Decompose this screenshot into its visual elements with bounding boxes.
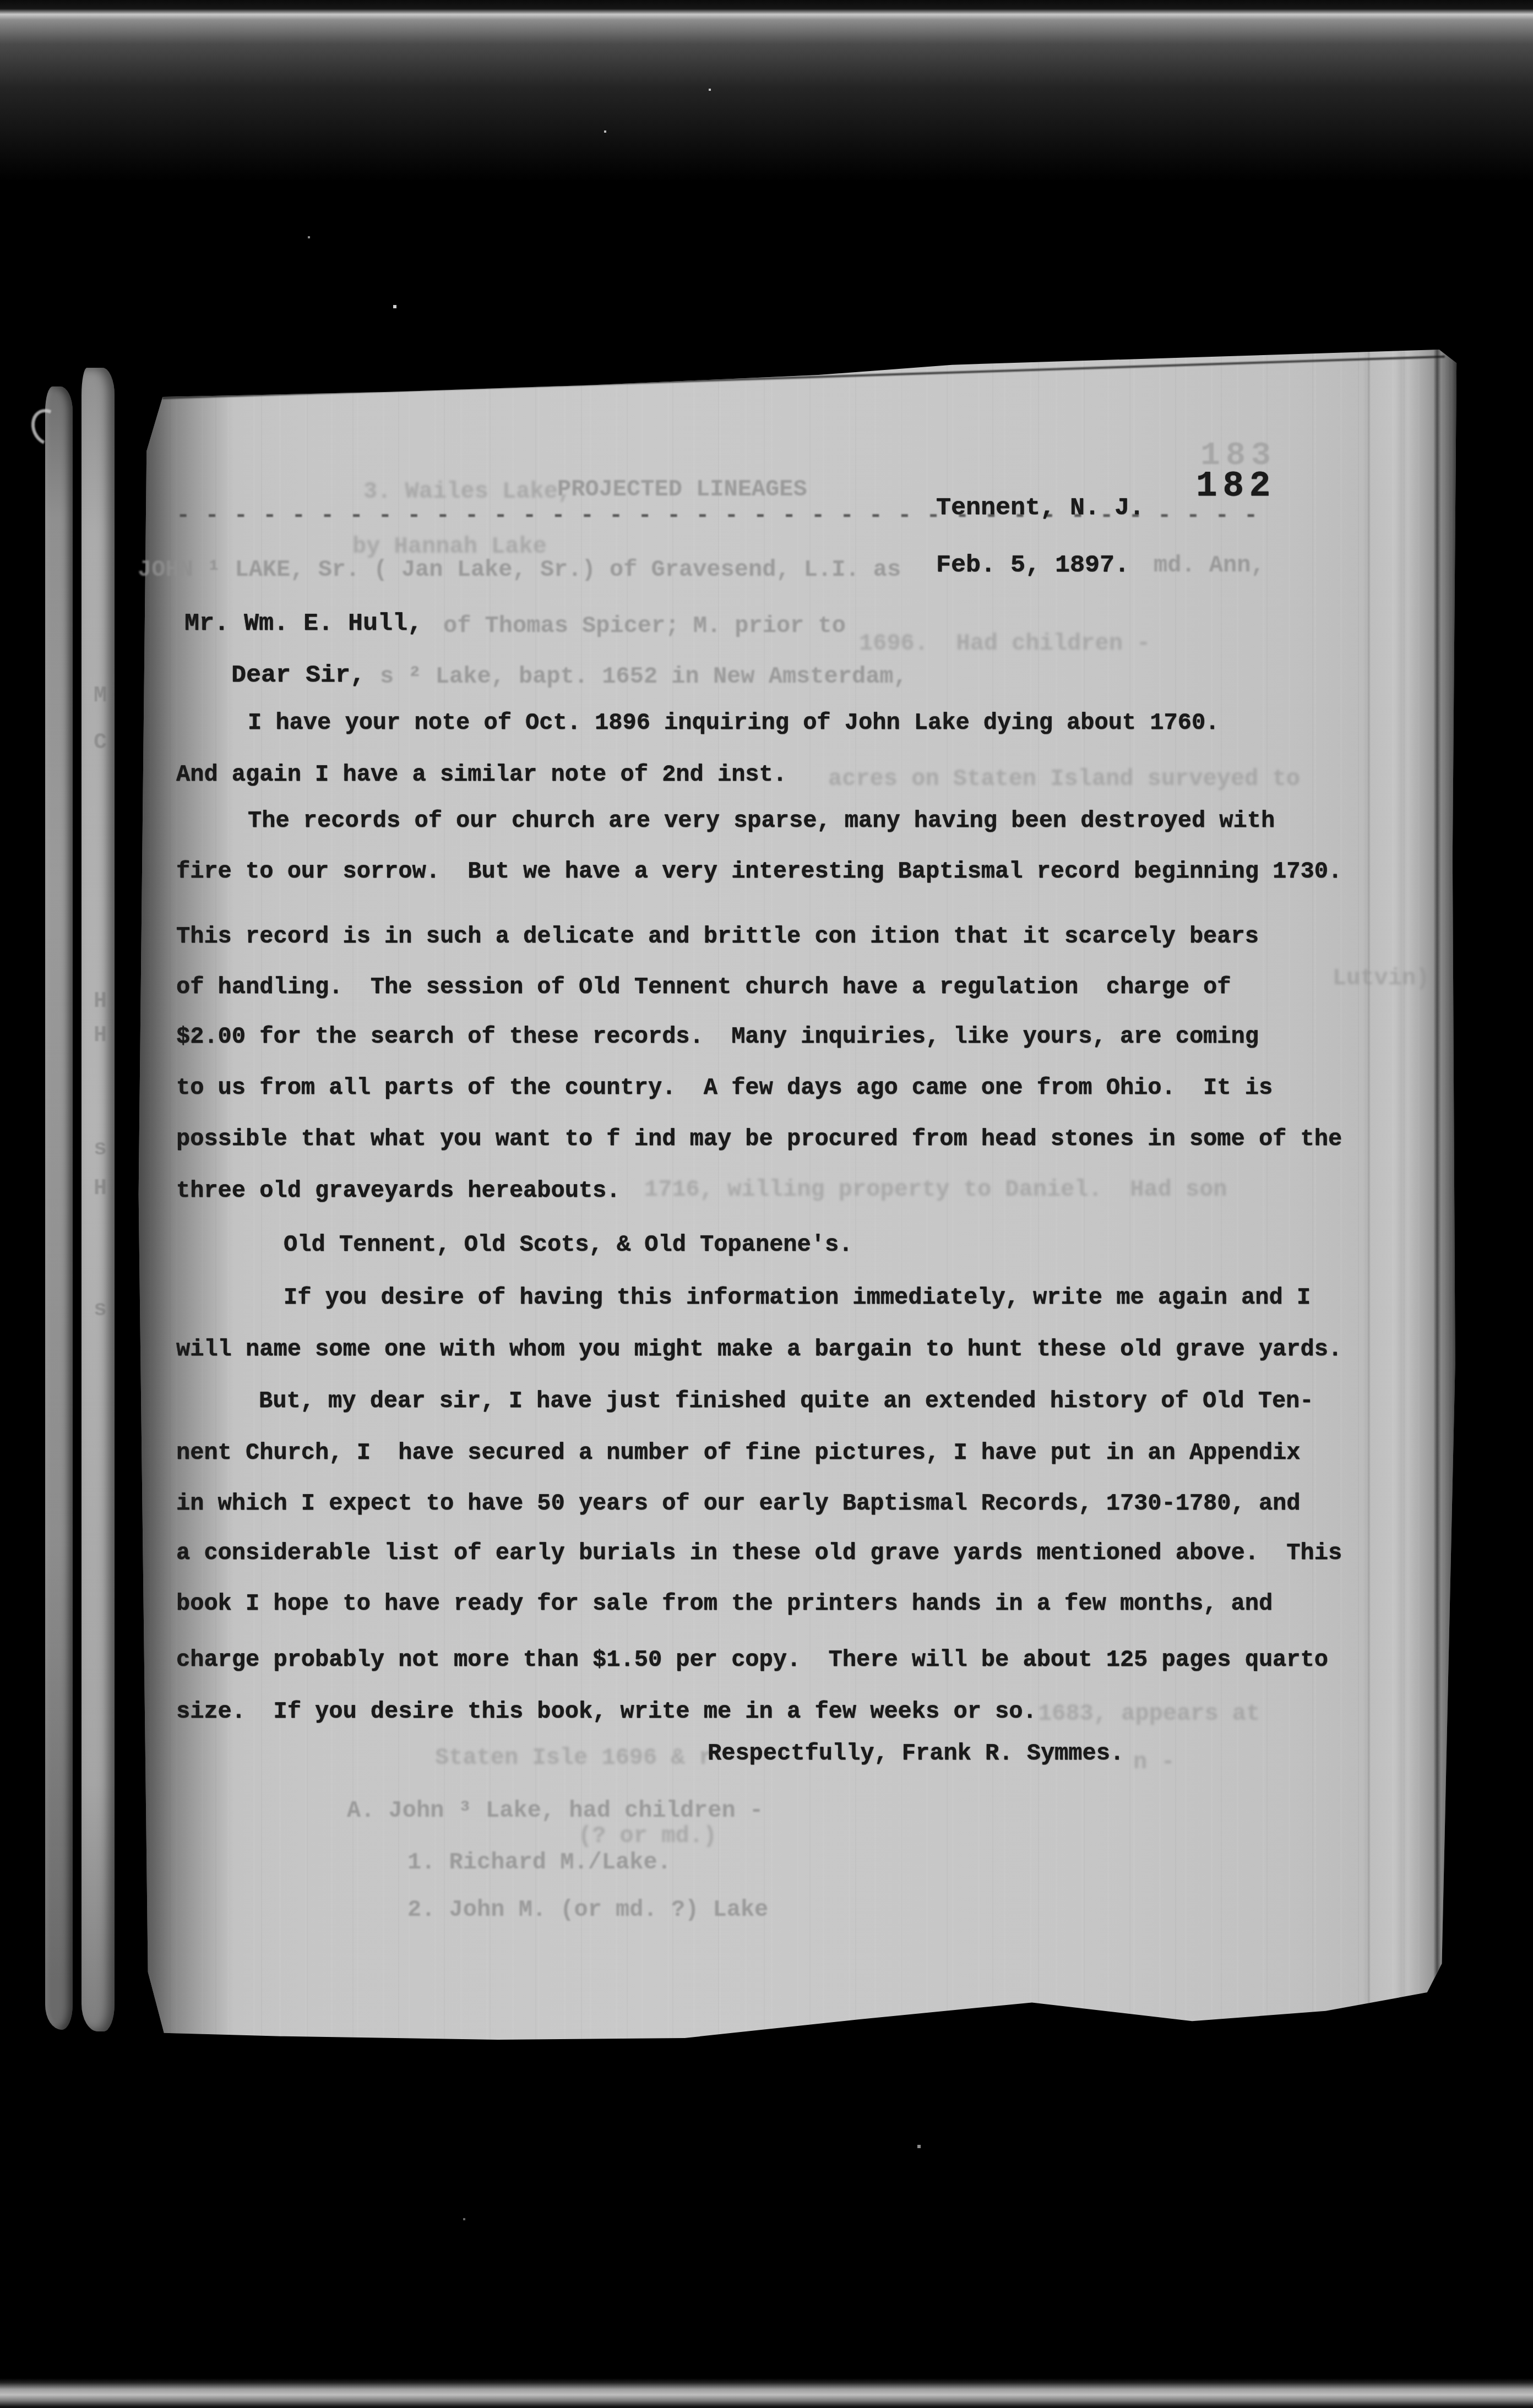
letter-date-line: Feb. 5, 1897. bbox=[936, 553, 1129, 578]
page-number: 182 bbox=[1196, 469, 1276, 504]
letter-line: But, my dear sir, I have just finished q… bbox=[259, 1390, 1314, 1413]
letter-line: in which I expect to have 50 years of ou… bbox=[176, 1492, 1301, 1515]
ghost-child-1: 1. Richard M./Lake. bbox=[407, 1851, 671, 1874]
ghost-lineage-left: JOHN ¹ LAKE, Sr. ( Jan Lake, Sr.) of Gra… bbox=[138, 558, 901, 581]
letter-line: $2.00 for the search of these records. M… bbox=[176, 1025, 1259, 1048]
letter-line: to us from all parts of the country. A f… bbox=[176, 1076, 1273, 1099]
letter-line: size. If you desire this book, write me … bbox=[176, 1700, 1037, 1723]
letter-line: The records of our church are very spars… bbox=[248, 809, 1275, 832]
ghost-lineage-right: md. Ann, bbox=[1154, 554, 1265, 577]
letter-recipient: Mr. Wm. E. Hull, bbox=[184, 611, 422, 636]
letter-line: nent Church, I have secured a number of … bbox=[176, 1441, 1301, 1464]
edge-letter-fragment: H bbox=[94, 1178, 107, 1200]
ghost-spicer-right: 1696. Had children - bbox=[859, 632, 1150, 655]
letter-line: This record is in such a delicate and br… bbox=[176, 925, 1259, 948]
ghost-staten-isle-left: Staten Isle 1696 & r bbox=[435, 1746, 713, 1769]
book-fore-edge-strip bbox=[45, 386, 73, 2030]
edge-letter-fragment: M bbox=[94, 685, 107, 707]
ghost-baptism-line: s ² Lake, bapt. 1652 in New Amsterdam, bbox=[380, 665, 907, 688]
letter-line: If you desire of having this information… bbox=[284, 1286, 1311, 1309]
letter-line: a considerable list of early burials in … bbox=[176, 1541, 1342, 1565]
ghost-lutvin-fragment: Lutvin) bbox=[1333, 967, 1429, 990]
ghost-child-2: 2. John M. (or md. ?) Lake bbox=[407, 1898, 768, 1921]
letter-place-line: Tennent, N. J. bbox=[936, 495, 1144, 520]
ghost-children-qualifier: (? or md.) bbox=[578, 1824, 717, 1848]
letter-line: will name some one with whom you might m… bbox=[176, 1338, 1342, 1361]
letter-line: charge probably not more than $1.50 per … bbox=[176, 1648, 1328, 1671]
edge-letter-fragment: H bbox=[94, 991, 107, 1013]
film-top-edge-glow bbox=[0, 0, 1533, 187]
letter-line: fire to our sorrow. But we have a very i… bbox=[176, 860, 1342, 883]
ghost-willing-line: 1716, willing property to Daniel. Had so… bbox=[644, 1178, 1227, 1201]
edge-letter-fragment: C bbox=[94, 732, 107, 754]
letter-line: I have your note of Oct. 1896 inquiring … bbox=[248, 711, 1219, 734]
ghost-staten-isle-right: n - bbox=[1133, 1751, 1175, 1774]
ghost-note-number: 3. Wailes Lake, bbox=[363, 480, 572, 503]
letter-line: And again I have a similar note of 2nd i… bbox=[176, 763, 787, 786]
ghost-children-header: A. John ³ Lake, had children - bbox=[347, 1799, 763, 1822]
ghost-spicer-left: of Thomas Spicer; M. prior to bbox=[443, 614, 846, 638]
microfilm-background: 3. Wailes Lake, PROJECTED LINEAGES - - -… bbox=[0, 0, 1533, 2408]
ghost-appears-line: 1683, appears at bbox=[1038, 1702, 1260, 1725]
letter-line: book I hope to have ready for sale from … bbox=[176, 1592, 1273, 1615]
film-bottom-edge-glow bbox=[0, 2378, 1533, 2408]
letter-line: three old graveyards hereabouts. bbox=[176, 1179, 621, 1202]
ghost-byline: by Hannah Lake bbox=[352, 535, 547, 558]
letter-salutation: Dear Sir, bbox=[231, 663, 365, 688]
letter-line: of handling. The session of Old Tennent … bbox=[176, 976, 1231, 999]
letter-line: possible that what you want to f ind may… bbox=[176, 1127, 1342, 1151]
letter-signature: Respectfully, Frank R. Symmes. bbox=[708, 1742, 1124, 1765]
edge-letter-fragment: H bbox=[94, 1025, 107, 1047]
edge-letter-fragment: s bbox=[94, 1138, 107, 1161]
edge-letter-fragment: s bbox=[94, 1299, 107, 1321]
page-right-edge-stack bbox=[1363, 350, 1459, 2040]
letter-line: Old Tennent, Old Scots, & Old Topanene's… bbox=[284, 1233, 852, 1256]
ghost-header-title: PROJECTED LINEAGES bbox=[557, 478, 807, 501]
film-dust-specks bbox=[0, 0, 1, 1]
ghost-staten-line: acres on Staten Island surveyed to bbox=[828, 767, 1300, 791]
